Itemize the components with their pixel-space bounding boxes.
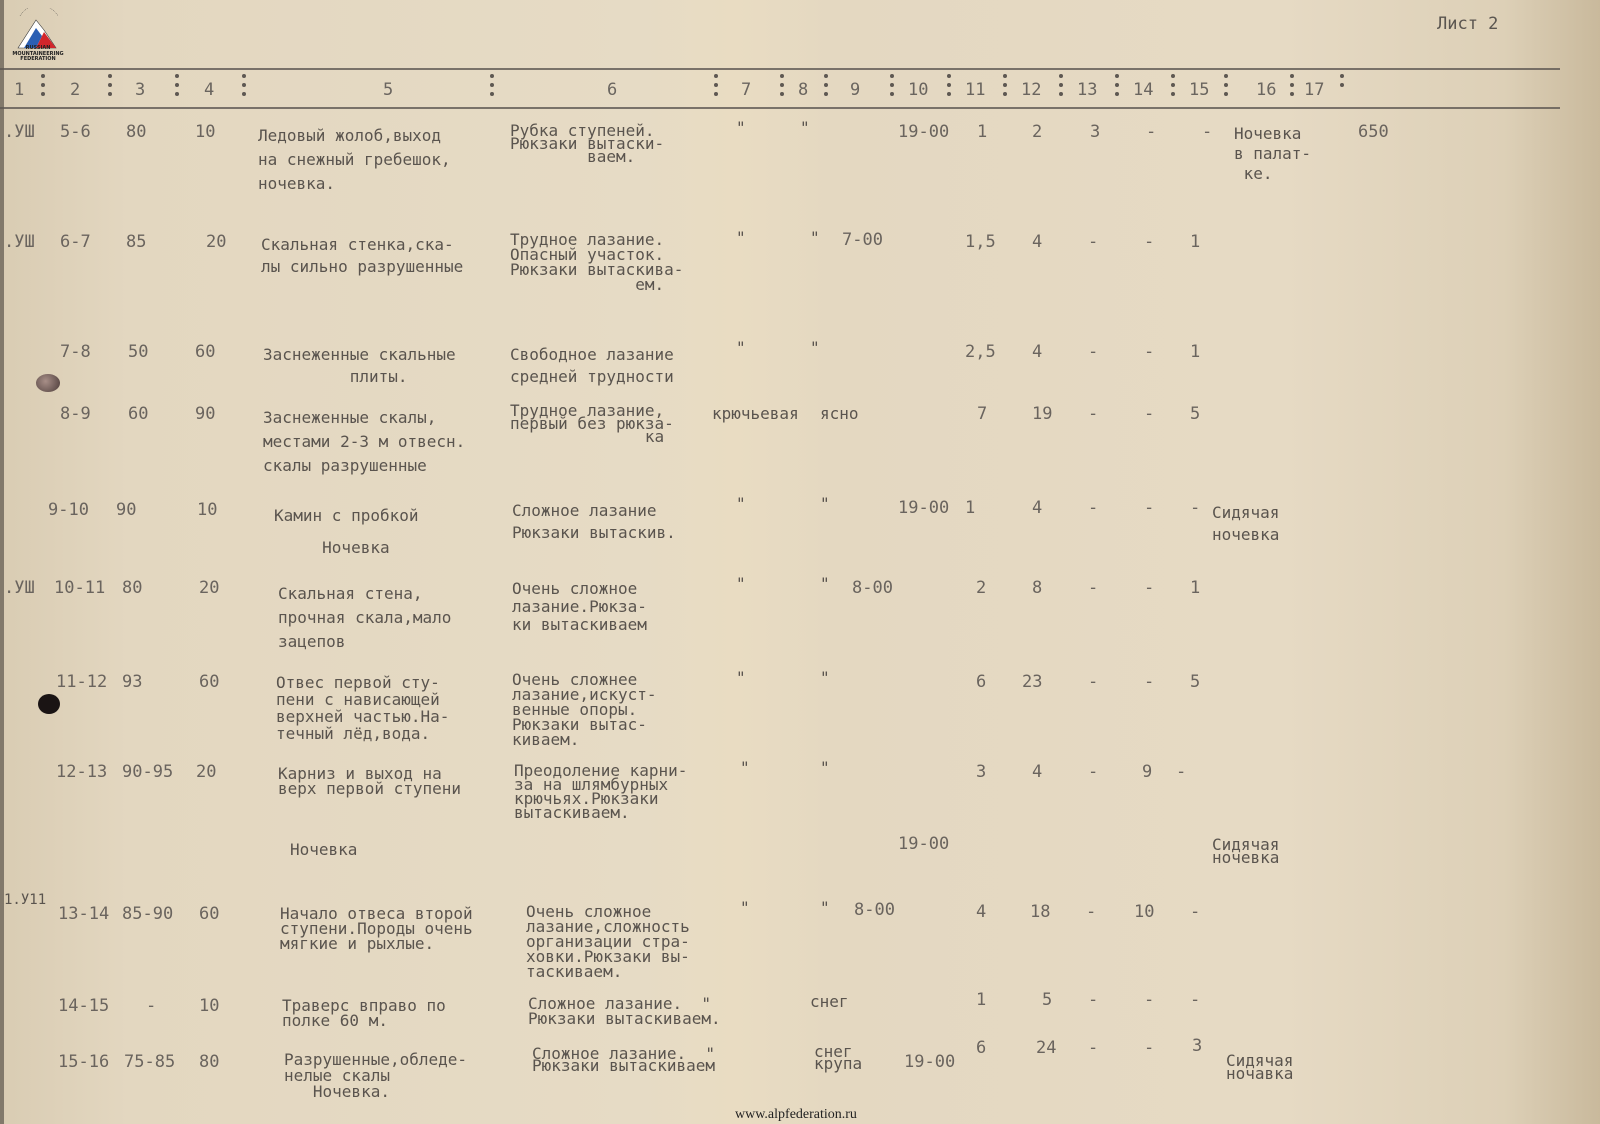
cell-technique: Сложное лазание Рюкзаки вытаскив. — [512, 500, 676, 544]
cell-col8: снег — [810, 994, 849, 1010]
cell-col11: 1 — [976, 992, 986, 1008]
cell-terrain: Карниз и выход на верх первой ступени — [278, 766, 461, 796]
col-header-6: 6 — [607, 80, 617, 100]
cell-steepness: 80 — [122, 580, 142, 596]
cell-col13: 3 — [1090, 124, 1100, 140]
cell-technique: Сложное лазание. " Рюкзаки вытаскиваем. — [528, 996, 721, 1026]
col-header-14: 14 — [1133, 80, 1153, 100]
cell-col11: 4 — [976, 904, 986, 920]
cell-steepness: 75-85 — [124, 1054, 175, 1070]
cell-terrain: Траверс вправо по полке 60 м. — [282, 998, 446, 1028]
cell-technique: Очень сложное лазание.Рюкза- ки вытаскив… — [512, 580, 647, 634]
cell-col13: - — [1088, 406, 1098, 422]
cell-col13: - — [1086, 904, 1096, 920]
cell-date: 1.У11 — [4, 892, 46, 908]
cell-time: 19-00 — [898, 836, 949, 852]
cell-section: 13-14 — [58, 906, 109, 922]
cell-col15: 1 — [1190, 344, 1200, 360]
cell-col11: 6 — [976, 674, 986, 690]
cell-technique: Преодоление карни- за на шлямбурных крюч… — [514, 764, 687, 820]
cell-technique: Очень сложное лазание,сложность организа… — [526, 904, 690, 979]
cell-length: 10 — [197, 502, 217, 518]
cell-length: 20 — [199, 580, 219, 596]
col-header-2: 2 — [70, 80, 80, 100]
col-header-4: 4 — [204, 80, 214, 100]
cell-col14: 10 — [1134, 904, 1154, 920]
cell-col8: снег крупа — [814, 1046, 862, 1070]
cell-steepness: 60 — [128, 406, 148, 422]
col-header-8: 8 — [798, 80, 808, 100]
cell-col14: - — [1144, 500, 1154, 516]
cell-weather: 8-00 — [852, 580, 893, 596]
cell-col11: 2,5 — [965, 344, 996, 360]
sheet-number: Лист 2 — [1437, 14, 1498, 34]
col-header-5: 5 — [383, 80, 393, 100]
cell-col12: 19 — [1032, 406, 1052, 422]
cell-col13: - — [1088, 500, 1098, 516]
cell-altitude: 650 — [1358, 124, 1389, 140]
cell-weather: 7-00 — [842, 232, 883, 248]
cell-col13: - — [1088, 674, 1098, 690]
cell-col14: 9 — [1142, 764, 1152, 780]
cell-steepness: 50 — [128, 344, 148, 360]
cell-date: .УШ — [4, 234, 35, 250]
cell-terrain: Заснеженные скалы, местами 2-3 м отвесн.… — [263, 406, 465, 478]
cell-col15: 1 — [1190, 234, 1200, 250]
col-header-13: 13 — [1077, 80, 1097, 100]
cell-length: 90 — [195, 406, 215, 422]
cell-section: 5-6 — [60, 124, 91, 140]
col-header-3: 3 — [135, 80, 145, 100]
cell-col8: " — [820, 760, 830, 776]
cell-terrain: Скальная стенка,ска- лы сильно разрушенн… — [261, 234, 463, 278]
cell-col12: 24 — [1036, 1040, 1056, 1056]
cell-col12: 4 — [1032, 344, 1042, 360]
cell-col7: " — [736, 670, 746, 686]
cell-col7: " — [736, 340, 746, 356]
cell-col11: 3 — [976, 764, 986, 780]
cell-section: 6-7 — [60, 234, 91, 250]
cell-terrain: Ледовый жолоб,выход на снежный гребешок,… — [258, 124, 451, 196]
cell-length: 20 — [196, 764, 216, 780]
cell-weather: 8-00 — [854, 902, 895, 918]
cell-date: .УШ — [4, 580, 35, 596]
page-edge — [0, 0, 4, 1124]
cell-steepness: - — [146, 998, 156, 1014]
cell-section: 11-12 — [56, 674, 107, 690]
cell-col13: - — [1088, 764, 1098, 780]
cell-steepness: 93 — [122, 674, 142, 690]
cell-col12: 4 — [1032, 234, 1042, 250]
cell-col15: - — [1176, 764, 1186, 780]
cell-col14: - — [1144, 674, 1154, 690]
cell-col15: - — [1190, 992, 1200, 1008]
cell-length: 60 — [199, 674, 219, 690]
cell-weather: ясно — [820, 406, 859, 422]
cell-col8: " — [810, 230, 820, 246]
cell-col7: " — [736, 230, 746, 246]
cell-steepness: 90 — [116, 502, 136, 518]
cell-date: .УШ — [4, 124, 35, 140]
cell-terrain: Отвес первой сту- пени с нависающей верх… — [276, 674, 449, 742]
cell-technique: Трудное лазание. Опасный участок. Рюкзак… — [510, 232, 683, 292]
cell-technique: Очень сложнее лазание,искуст- венные опо… — [512, 672, 657, 747]
cell-col7: " — [736, 496, 746, 512]
cell-col14: - — [1144, 992, 1154, 1008]
cell-col15: 3 — [1192, 1038, 1202, 1054]
punch-hole — [38, 694, 60, 714]
cell-col11: 2 — [976, 580, 986, 596]
cell-bivouac: Сидячая ночевка — [1212, 502, 1279, 546]
cell-bivouac: Сидячая ночавка — [1226, 1054, 1293, 1080]
cell-terrain: Начало отвеса второй ступени.Породы очен… — [280, 906, 473, 951]
header-bottom-rule — [0, 107, 1560, 109]
col-header-15: 15 — [1189, 80, 1209, 100]
cell-belay: крючьевая — [712, 406, 799, 422]
cell-terrain: Ночевка — [290, 842, 357, 858]
cell-length: 60 — [199, 906, 219, 922]
cell-col14: - — [1144, 1040, 1154, 1056]
cell-col13: - — [1088, 1040, 1098, 1056]
cell-section: 15-16 — [58, 1054, 109, 1070]
cell-col15: 5 — [1190, 406, 1200, 422]
cell-col11: 1 — [977, 124, 987, 140]
cell-terrain: Заснеженные скальные плиты. — [263, 344, 456, 388]
cell-col15: 1 — [1190, 580, 1200, 596]
cell-terrain: Скальная стена, прочная скала,мало зацеп… — [278, 582, 451, 654]
cell-length: 10 — [199, 998, 219, 1014]
cell-col12: 4 — [1032, 764, 1042, 780]
cell-steepness: 85 — [126, 234, 146, 250]
logo-caption: RUSSIAN MOUNTAINEERING FEDERATION — [8, 46, 68, 63]
cell-section: 10-11 — [54, 580, 105, 596]
cell-col11: 1,5 — [965, 234, 996, 250]
col-header-1: 1 — [14, 80, 24, 100]
cell-col8: " — [820, 496, 830, 512]
punch-hole — [36, 374, 60, 392]
cell-col8: " — [800, 120, 810, 136]
col-header-12: 12 — [1021, 80, 1041, 100]
cell-steepness: 85-90 — [122, 906, 173, 922]
cell-col12: 4 — [1032, 500, 1042, 516]
col-header-17: 17 — [1304, 80, 1324, 100]
cell-col14: - — [1144, 406, 1154, 422]
cell-bivouac: Ночевка в палат- ке. — [1234, 124, 1311, 184]
cell-col11: 6 — [976, 1040, 986, 1056]
cell-technique: Свободное лазание средней трудности — [510, 344, 674, 388]
cell-section: 7-8 — [60, 344, 91, 360]
cell-col8: " — [820, 900, 830, 916]
cell-col12: 5 — [1042, 992, 1052, 1008]
cell-col13: - — [1088, 234, 1098, 250]
cell-section: 8-9 — [60, 406, 91, 422]
cell-bivouac: Сидячая ночевка — [1212, 838, 1279, 864]
cell-col15: - — [1202, 124, 1212, 140]
col-header-7: 7 — [741, 80, 751, 100]
cell-col11: 1 — [965, 500, 975, 516]
cell-col12: 8 — [1032, 580, 1042, 596]
cell-col7: " — [740, 760, 750, 776]
cell-col12: 2 — [1032, 124, 1042, 140]
cell-col7: " — [740, 900, 750, 916]
cell-col8: " — [820, 670, 830, 686]
cell-length: 20 — [206, 234, 226, 250]
cell-technique: Рубка ступеней. Рюкзаки вытаски- ваем. — [510, 124, 664, 163]
cell-col13: - — [1088, 344, 1098, 360]
cell-col15: - — [1190, 904, 1200, 920]
col-header-16: 16 — [1256, 80, 1276, 100]
cell-time: 19-00 — [898, 124, 949, 140]
cell-col7: " — [736, 576, 746, 592]
website-footer: www.alpfederation.ru — [735, 1107, 857, 1123]
cell-col15: - — [1190, 500, 1200, 516]
cell-col15: 5 — [1190, 674, 1200, 690]
cell-section: 14-15 — [58, 998, 109, 1014]
cell-col14: - — [1144, 234, 1154, 250]
cell-technique: Трудное лазание, первый без рюкза- ка — [510, 404, 674, 443]
cell-length: 60 — [195, 344, 215, 360]
cell-col12: 23 — [1022, 674, 1042, 690]
cell-terrain: Разрушенные,обледе- нелые скалы Ночевка. — [284, 1052, 467, 1100]
cell-col8: " — [810, 340, 820, 356]
cell-time: 19-00 — [904, 1054, 955, 1070]
cell-col14: - — [1144, 580, 1154, 596]
col-header-11: 11 — [965, 80, 985, 100]
col-header-10: 10 — [908, 80, 928, 100]
cell-col14: - — [1146, 124, 1156, 140]
cell-col13: - — [1088, 580, 1098, 596]
cell-length: 10 — [195, 124, 215, 140]
cell-length: 80 — [199, 1054, 219, 1070]
cell-col7: " — [736, 120, 746, 136]
cell-col14: - — [1144, 344, 1154, 360]
cell-col12: 18 — [1030, 904, 1050, 920]
cell-terrain: Камин с пробкой Ночевка — [274, 500, 419, 564]
cell-steepness: 90-95 — [122, 764, 173, 780]
cell-section: 9-10 — [48, 502, 89, 518]
cell-steepness: 80 — [126, 124, 146, 140]
header-top-rule — [0, 68, 1560, 70]
cell-technique: Сложное лазание. " Рюкзаки вытаскиваем — [532, 1048, 715, 1072]
cell-col8: " — [820, 576, 830, 592]
cell-time: 19-00 — [898, 500, 949, 516]
col-header-9: 9 — [850, 80, 860, 100]
cell-section: 12-13 — [56, 764, 107, 780]
cell-col11: 7 — [977, 406, 987, 422]
cell-col13: - — [1088, 992, 1098, 1008]
